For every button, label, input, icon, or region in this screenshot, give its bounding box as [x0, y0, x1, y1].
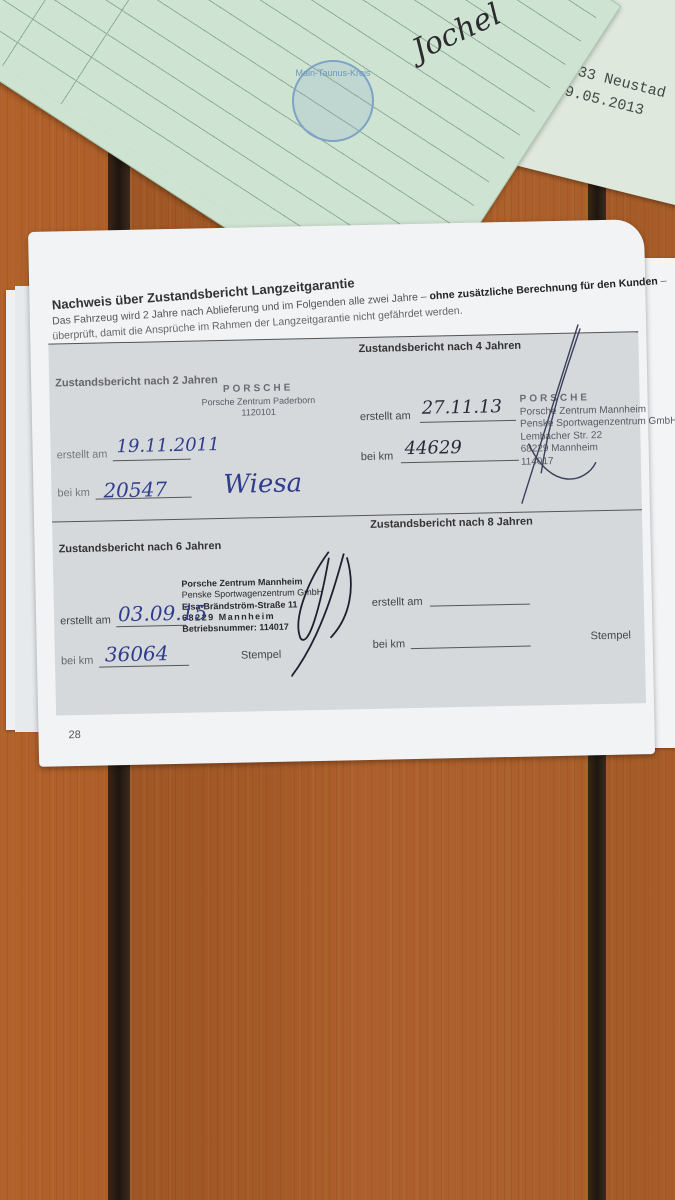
section-title: Zustandsbericht nach 8 Jahren [370, 515, 533, 530]
section-title: Zustandsbericht nach 4 Jahren [358, 340, 521, 355]
stamp-line: 1120101 [202, 406, 316, 420]
report-panel: Zustandsbericht nach 2 Jahren PORSCHE Po… [48, 331, 646, 715]
section-title: Zustandsbericht nach 6 Jahren [59, 540, 222, 555]
created-label: erstellt am [60, 614, 111, 627]
page-number: 28 [68, 729, 80, 741]
stamp-label: Stempel [590, 629, 631, 642]
handwritten-km: 44629 [404, 437, 462, 459]
handwritten-km: 20547 [103, 477, 167, 502]
signature-stroke [289, 547, 362, 678]
handwritten-km: 36064 [105, 641, 169, 666]
dealer-stamp: PORSCHE Porsche Zentrum Paderborn 112010… [201, 382, 315, 419]
subtitle-bold: ohne zusätzliche Berechnung für den Kund… [429, 275, 658, 302]
km-label: bei km [57, 487, 90, 500]
stamp-label: Stempel [241, 649, 282, 662]
km-label: bei km [361, 450, 394, 463]
subtitle-text: – [657, 275, 667, 288]
km-label: bei km [61, 655, 94, 668]
signature: Wiesa [223, 468, 302, 500]
created-label: erstellt am [360, 410, 411, 423]
official-stamp: Main-Taunus-Kreis [292, 60, 374, 142]
handwritten-date: 27.11.13 [422, 396, 503, 419]
km-line [401, 460, 519, 463]
created-label: erstellt am [372, 596, 423, 609]
signature-stroke [508, 322, 602, 514]
handwritten-date: 19.11.2011 [116, 434, 219, 457]
created-label: erstellt am [57, 448, 108, 461]
km-line [411, 646, 531, 650]
booklet-page: Nachweis über Zustandsbericht Langzeitga… [28, 219, 655, 767]
section-title: Zustandsbericht nach 2 Jahren [55, 374, 218, 389]
date-line [430, 604, 530, 607]
stamp-line: Porsche Zentrum Paderborn [201, 395, 315, 409]
date-line [420, 420, 516, 423]
stamp-text: Main-Taunus-Kreis [294, 68, 372, 78]
date-line [113, 459, 191, 462]
km-label: bei km [373, 638, 406, 651]
handwritten-date: 03.09.15 [118, 600, 208, 626]
